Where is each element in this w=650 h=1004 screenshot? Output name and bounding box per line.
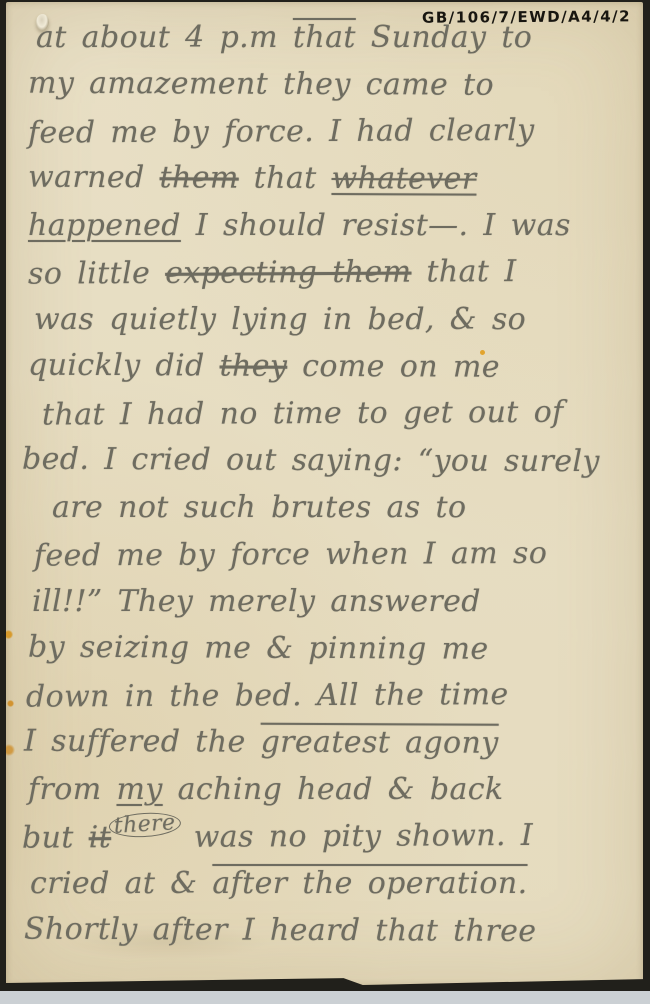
handwriting-segment: that [239,161,332,196]
handwriting-segment: are not such brutes as to [52,490,466,525]
handwriting-line: bed. I cried out saying: “you surely [22,442,639,492]
handwriting-segment: I suffered the [24,724,261,760]
handwriting-segment: after the operation. [212,866,527,901]
handwriting-line: feed me by force. I had clearly [22,112,639,162]
scanner-bed [0,991,650,1004]
handwriting-segment: that [293,20,356,55]
handwriting-segment: greatest agony [261,725,499,761]
handwriting-segment: but [22,820,89,855]
handwriting-segment: my amazement they came to [28,66,494,103]
handwriting-line: happened I should resist—. I was [22,208,639,255]
handwriting-line: my amazement they came to [22,66,639,116]
handwriting-line: are not such brutes as to [22,490,639,537]
handwriting-segment: expecting them [165,255,412,291]
handwriting-segment: was no pity shown. I [179,818,534,855]
handwriting-segment: happened [28,208,181,243]
handwriting-segment: my [117,772,163,807]
handwriting-segment: by seizing me & pinning me [28,630,489,667]
scanned-document: GB/106/7/EWD/A4/4/2 at about 4 p.m that … [0,0,650,1004]
handwriting-segment: that I had no time to get out of [42,395,564,433]
handwriting-segment: whatever [331,161,476,197]
handwriting-segment: Shortly after I heard that three [24,912,537,949]
handwriting-line: I suffered the greatest agony [22,724,639,774]
stain-mark [6,744,15,756]
handwriting-segment: so little [28,256,165,292]
handwriting-segment: they [219,349,287,384]
handwriting-segment: Sunday to [356,20,532,55]
handwriting-segment: from [28,772,117,807]
handwriting-segment: feed me by force. I had clearly [28,113,535,151]
handwriting-segment: there [108,811,181,839]
handwriting-text: at about 4 p.m that Sunday tomy amazemen… [22,20,639,960]
handwriting-segment: feed me by force when I am so [34,536,547,574]
handwriting-line: that I had no time to get out of [22,394,639,444]
handwriting-segment: quickly did [28,348,220,384]
handwriting-segment: down in the bed. All the time [26,677,509,715]
handwriting-segment: them [159,160,238,195]
handwriting-segment: cried at & [30,866,212,901]
handwriting-line: at about 4 p.m that Sunday to [22,20,639,67]
handwriting-line: ill!!” They merely answered [22,584,639,631]
stain-mark [6,630,13,639]
handwriting-line: from my aching head & back [22,772,639,819]
handwriting-segment: aching head & back [163,772,504,807]
handwriting-line: but itthere was no pity shown. I [22,817,639,867]
handwriting-segment: it [89,820,112,855]
handwriting-line: warned them that whatever [22,160,639,210]
handwriting-line: cried at & after the operation. [22,866,639,913]
handwriting-line: was quietly lying in bed, & so [22,302,639,349]
handwriting-segment: ill!!” They merely answered [32,584,481,619]
handwriting-segment: was quietly lying in bed, & so [34,302,526,337]
handwriting-line: by seizing me & pinning me [22,630,639,680]
handwriting-line: feed me by force when I am so [22,535,639,585]
handwriting-segment: that I [411,254,516,290]
handwriting-segment: at about 4 p.m [36,20,293,55]
handwriting-line: quickly did they come on me [22,348,639,398]
stain-mark [7,700,14,707]
handwriting-segment: come on me [287,349,500,385]
manuscript-page: GB/106/7/EWD/A4/4/2 at about 4 p.m that … [6,2,643,986]
handwriting-segment: warned [28,160,160,196]
handwriting-segment: bed. I cried out saying: “you surely [22,442,600,480]
handwriting-segment: I should resist—. I was [181,208,571,243]
handwriting-line: so little expecting them that I [22,253,639,303]
handwriting-line: down in the bed. All the time [22,676,639,726]
handwriting-line: Shortly after I heard that three [22,912,639,962]
